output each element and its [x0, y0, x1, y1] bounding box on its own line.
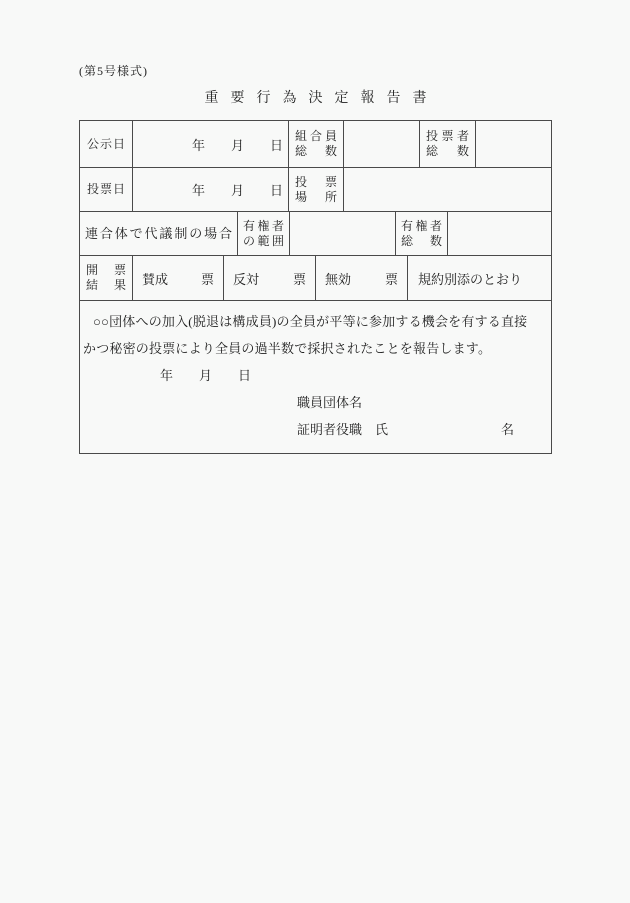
row-results: 開票 結果 賛成 票 反対 票 無効 票 規約別添のとおり [80, 256, 551, 301]
federation-label-cell: 連合体で代議制の場合 [80, 212, 238, 255]
voting-date-placeholder: 年 月 日 [192, 180, 283, 199]
votes-invalid-cell: 無効 票 [316, 256, 408, 300]
statement-cell: ○○団体への加入(脱退は構成員)の全員が平等に参加する機会を有する直接 かつ秘密… [80, 301, 551, 453]
votes-for-label: 賛成 [142, 269, 168, 288]
electorate-scope-value-cell [290, 212, 396, 255]
row-federation: 連合体で代議制の場合 有権者 の範囲 有権者 総数 [80, 212, 551, 256]
organization-name-label: 職員団体名 [80, 389, 551, 416]
statement-line1: ○○団体への加入(脱退は構成員)の全員が平等に参加する機会を有する直接 [80, 308, 551, 335]
statement-line2: かつ秘密の投票により全員の過半数で採択されたことを報告します。 [80, 335, 551, 362]
electorate-total-header-line2: 総数 [401, 234, 442, 249]
polling-place-header-cell: 投票 場所 [289, 168, 344, 211]
voting-date-label-cell: 投票日 [80, 168, 133, 211]
announcement-date-label: 公示日 [80, 137, 132, 152]
form-number: (第5号様式) [79, 63, 552, 79]
page-title: 重要行為決定報告書 [79, 90, 552, 108]
results-note-cell: 規約別添のとおり [408, 256, 551, 300]
voters-total-header-cell: 投票者 総数 [420, 121, 476, 167]
results-label-line1: 開票 [86, 263, 126, 278]
electorate-total-header-cell: 有権者 総数 [396, 212, 448, 255]
results-label-line2: 結果 [86, 278, 126, 293]
certifier-line: 証明者役職 氏 名 [297, 416, 514, 443]
row-announcement: 公示日 年 月 日 組合員 総数 投票者 総数 [80, 121, 551, 168]
report-table: 公示日 年 月 日 組合員 総数 投票者 総数 [79, 120, 552, 454]
row-voting-date: 投票日 年 月 日 投票 場所 [80, 168, 551, 212]
certifier-name-suffix: 名 [501, 416, 514, 443]
members-total-value-cell [344, 121, 420, 167]
votes-for-cell: 賛成 票 [133, 256, 224, 300]
polling-place-value-cell [344, 168, 551, 211]
electorate-total-header-line1: 有権者 [401, 219, 442, 234]
members-total-header-line2: 総数 [295, 144, 337, 159]
statement-date: 年 月 日 [80, 362, 551, 389]
votes-against-label: 反対 [233, 269, 259, 288]
voters-total-header-line2: 総数 [426, 144, 469, 159]
announcement-date-label-cell: 公示日 [80, 121, 133, 167]
votes-against-unit: 票 [293, 269, 306, 288]
members-total-header-line1: 組合員 [295, 129, 337, 144]
members-total-header-cell: 組合員 総数 [289, 121, 344, 167]
votes-against-cell: 反対 票 [224, 256, 316, 300]
electorate-scope-header-cell: 有権者 の範囲 [238, 212, 290, 255]
document-page: (第5号様式) 重要行為決定報告書 公示日 年 月 日 組合員 総数 [0, 0, 630, 903]
results-label-cell: 開票 結果 [80, 256, 133, 300]
voting-date-label: 投票日 [80, 182, 132, 197]
voting-date-value-cell: 年 月 日 [133, 168, 289, 211]
votes-invalid-label: 無効 [325, 269, 351, 288]
electorate-total-value-cell [448, 212, 551, 255]
announcement-date-placeholder: 年 月 日 [192, 135, 283, 154]
voters-total-value-cell [476, 121, 551, 167]
electorate-scope-header-line2: の範囲 [243, 234, 284, 249]
votes-invalid-unit: 票 [385, 269, 398, 288]
polling-place-header-line1: 投票 [295, 175, 337, 190]
document-content: (第5号様式) 重要行為決定報告書 公示日 年 月 日 組合員 総数 [79, 63, 552, 454]
votes-for-unit: 票 [201, 269, 214, 288]
voters-total-header-line1: 投票者 [426, 129, 469, 144]
polling-place-header-line2: 場所 [295, 190, 337, 205]
federation-label: 連合体で代議制の場合 [80, 226, 237, 241]
results-note: 規約別添のとおり [418, 269, 522, 288]
announcement-date-value-cell: 年 月 日 [133, 121, 289, 167]
electorate-scope-header-line1: 有権者 [243, 219, 284, 234]
certifier-label: 証明者役職 氏 [297, 416, 388, 443]
